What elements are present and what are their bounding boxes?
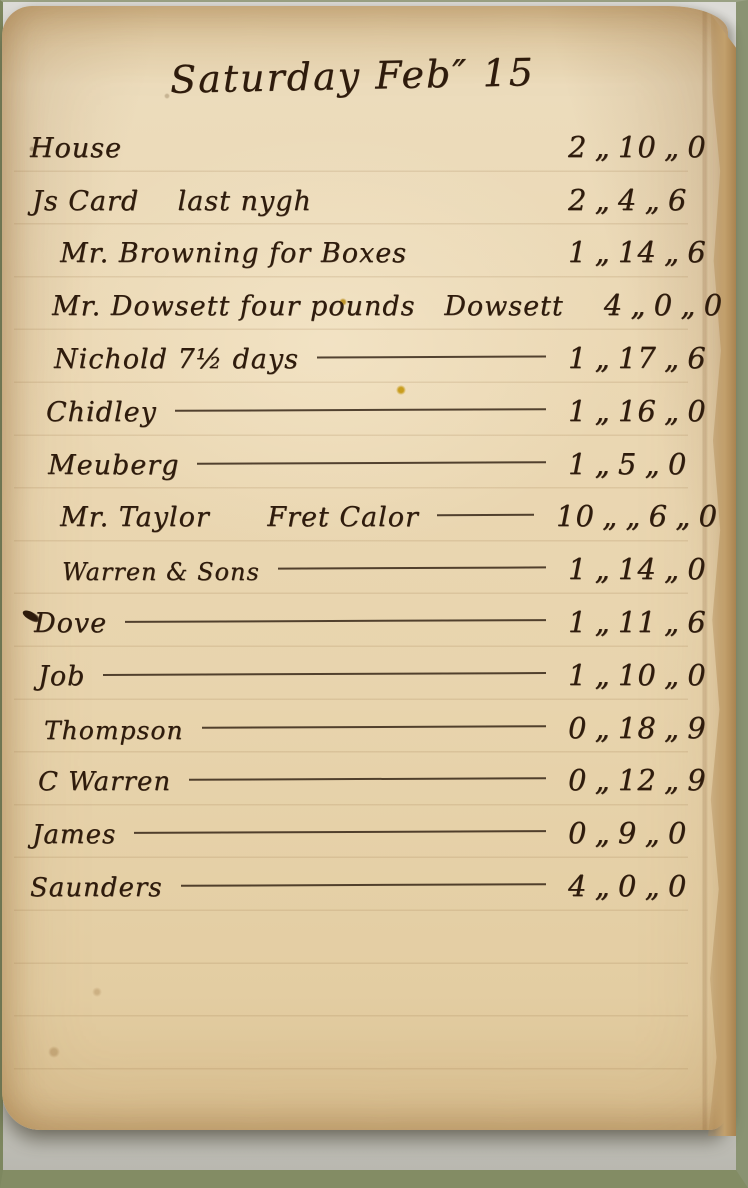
- entry-amount: 0 „ 18 „ 9: [568, 714, 718, 743]
- ledger-row: House 2 „ 10 „ 0: [2, 118, 718, 171]
- entry-amount: 1 „ 16 „ 0: [568, 397, 718, 426]
- entry-amount: 0 „ 12 „ 9: [568, 766, 718, 795]
- entry-name: Dove: [2, 610, 107, 637]
- entry-rule-line: [202, 725, 546, 729]
- entry-name: C Warren: [2, 769, 171, 795]
- entry-rule-line: [317, 355, 546, 358]
- entry-rule-line: [181, 883, 546, 887]
- entry-name: House: [2, 135, 122, 162]
- ledger-row: Mr. Taylor Fret Calor 10 „ „ 6 „ 0: [2, 488, 718, 541]
- entry-amount: 1 „ 10 „ 0: [568, 661, 718, 690]
- entry-amount: 0 „ 9 „ 0: [568, 819, 718, 848]
- entry-amount: 1 „ 14 „ 6: [568, 238, 718, 267]
- entry-name: Warren & Sons: [2, 560, 260, 584]
- ledger-row: Saunders 4 „ 0 „ 0: [2, 857, 718, 910]
- scanned-book-photo: Saturday Feb″ 15 House 2 „ 10 „ 0 Js Car…: [0, 0, 748, 1188]
- ledger-row: Dove 1 „ 11 „ 6: [2, 593, 718, 646]
- ledger-row: Meuberg 1 „ 5 „ 0: [2, 435, 718, 488]
- entry-name: Meuberg: [2, 452, 179, 479]
- ledger-row: Job 1 „ 10 „ 0: [2, 646, 718, 699]
- entry-name: Thompson: [2, 718, 184, 743]
- entry-name: Mr. Browning for Boxes: [2, 240, 407, 267]
- ledger-row: Mr. Dowsett four pounds Dowsett 4 „ 0 „ …: [2, 276, 718, 329]
- entry-rule-line: [197, 461, 546, 465]
- ledger-row: C Warren 0 „ 12 „ 9: [2, 752, 718, 805]
- entry-name: Nichold 7½ days: [2, 346, 299, 373]
- entry-rule-line: [125, 619, 546, 623]
- ledger-row: Js Card last nygh 2 „ 4 „ 6: [2, 171, 718, 224]
- entry-rule-line: [278, 567, 546, 570]
- entry-amount: 10 „ „ 6 „ 0: [556, 502, 718, 531]
- ledger-row: Mr. Browning for Boxes 1 „ 14 „ 6: [2, 224, 718, 277]
- entry-amount: 2 „ 4 „ 6: [568, 186, 718, 215]
- entry-name: Saunders: [2, 875, 163, 901]
- entry-name: Mr. Taylor Fret Calor: [2, 504, 419, 531]
- entry-rule-line: [189, 778, 546, 782]
- entry-amount: 1 „ 5 „ 0: [568, 450, 718, 479]
- ledger-page: Saturday Feb″ 15 House 2 „ 10 „ 0 Js Car…: [2, 6, 728, 1130]
- entry-amount: 1 „ 14 „ 0: [568, 555, 718, 584]
- entry-name: Mr. Dowsett four pounds Dowsett: [2, 293, 564, 320]
- entry-rule-line: [103, 672, 546, 676]
- entry-rule-line: [134, 830, 546, 834]
- entry-amount: 1 „ 11 „ 6: [568, 608, 718, 637]
- ledger-row: James 0 „ 9 „ 0: [2, 804, 718, 857]
- ledger-row: Thompson 0 „ 18 „ 9: [2, 699, 718, 752]
- ledger-row: Nichold 7½ days 1 „ 17 „ 6: [2, 329, 718, 382]
- entry-name: James: [2, 822, 116, 848]
- ledger: House 2 „ 10 „ 0 Js Card last nygh 2 „ 4…: [2, 118, 718, 910]
- entry-name: Js Card last nygh: [2, 188, 312, 215]
- entry-name: Chidley: [2, 399, 157, 426]
- ledger-row: Chidley 1 „ 16 „ 0: [2, 382, 718, 435]
- entry-amount: 1 „ 17 „ 6: [568, 344, 718, 373]
- entry-name: Job: [2, 663, 85, 690]
- entry-rule-line: [175, 408, 546, 412]
- entry-rule-line: [437, 514, 534, 516]
- ledger-row: Warren & Sons 1 „ 14 „ 0: [2, 540, 718, 593]
- page-title: Saturday Feb″ 15: [170, 50, 536, 102]
- entry-amount: 4 „ 0 „ 0: [604, 291, 748, 320]
- entry-amount: 4 „ 0 „ 0: [568, 872, 718, 901]
- entry-amount: 2 „ 10 „ 0: [568, 133, 718, 162]
